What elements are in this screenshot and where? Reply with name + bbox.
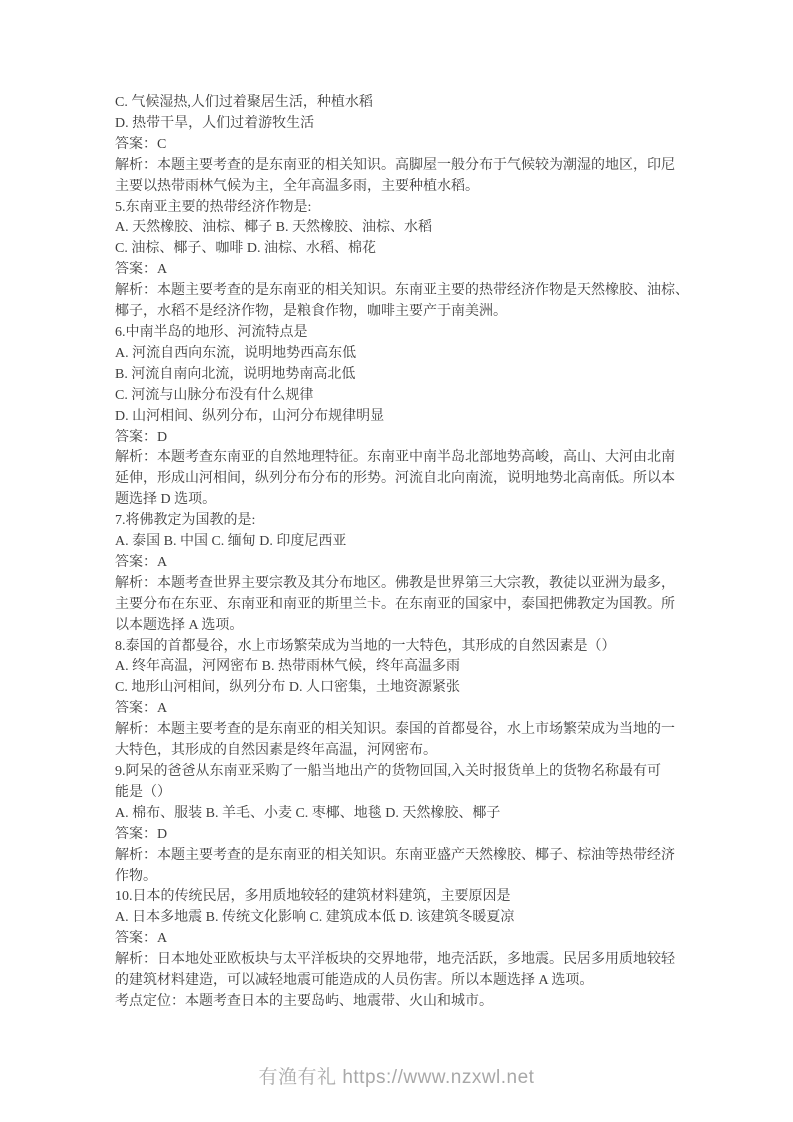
text-line: 主要以热带雨林气候为主，全年高温多雨，主要种植水稻。	[115, 177, 687, 198]
text-line: 解析：本题主要考查的是东南亚的相关知识。高脚屋一般分布于气候较为潮湿的地区，印尼	[115, 156, 687, 177]
text-line: 答案：C	[115, 135, 687, 156]
document-page: C. 气候湿热,人们过着聚居生活，种植水稻D. 热带干旱，人们过着游牧生活答案：…	[0, 0, 793, 1122]
text-line: 以本题选择 A 选项。	[115, 616, 687, 637]
text-line: A. 终年高温，河网密布 B. 热带雨林气候，终年高温多雨	[115, 657, 687, 678]
footer-site-text: 有渔有礼 https://www.nzxwl.net	[259, 1067, 535, 1088]
text-line: 8.泰国的首都曼谷，水上市场繁荣成为当地的一大特色，其形成的自然因素是（）	[115, 637, 687, 658]
text-line: A. 棉布、服装 B. 羊毛、小麦 C. 枣椰、地毯 D. 天然橡胶、椰子	[115, 804, 687, 825]
text-line: C. 油棕、椰子、咖啡 D. 油棕、水稻、棉花	[115, 239, 687, 260]
text-line: 答案：A	[115, 260, 687, 281]
text-line: 5.东南亚主要的热带经济作物是:	[115, 198, 687, 219]
text-line: 作物。	[115, 867, 687, 888]
footer-watermark: 有渔有礼 https://www.nzxwl.net	[0, 1066, 793, 1090]
text-line: B. 河流自南向北流，说明地势南高北低	[115, 365, 687, 386]
text-line: 解析：本题考查东南亚的自然地理特征。东南亚中南半岛北部地势高峻，高山、大河由北南	[115, 448, 687, 469]
text-line: A. 日本多地震 B. 传统文化影响 C. 建筑成本低 D. 该建筑冬暖夏凉	[115, 908, 687, 929]
text-line: 7.将佛教定为国教的是:	[115, 511, 687, 532]
text-line: 的建筑材料建造，可以减轻地震可能造成的人员伤害。所以本题选择 A 选项。	[115, 971, 687, 992]
text-line: 延伸，形成山河相间，纵列分布分布的形势。河流自北向南流，说明地势北高南低。所以本	[115, 469, 687, 490]
text-line: 考点定位：本题考查日本的主要岛屿、地震带、火山和城市。	[115, 992, 687, 1013]
text-line: C. 地形山河相间，纵列分布 D. 人口密集，土地资源紧张	[115, 678, 687, 699]
text-line: 椰子，水稻不是经济作物，是粮食作物，咖啡主要产于南美洲。	[115, 302, 687, 323]
text-line: C. 气候湿热,人们过着聚居生活，种植水稻	[115, 93, 687, 114]
text-line: 解析：本题主要考查的是东南亚的相关知识。东南亚盛产天然橡胶、椰子、棕油等热带经济	[115, 846, 687, 867]
text-line: 能是（）	[115, 783, 687, 804]
text-line: 答案：A	[115, 929, 687, 950]
text-line: 9.阿呆的爸爸从东南亚采购了一船当地出产的货物回国,入关时报货单上的货物名称最有…	[115, 762, 687, 783]
text-line: A. 河流自西向东流，说明地势西高东低	[115, 344, 687, 365]
text-line: 主要分布在东亚、东南亚和南亚的斯里兰卡。在东南亚的国家中，泰国把佛教定为国教。所	[115, 595, 687, 616]
text-line: 解析：本题主要考查的是东南亚的相关知识。泰国的首都曼谷，水上市场繁荣成为当地的一	[115, 720, 687, 741]
text-line: 解析：本题主要考查的是东南亚的相关知识。东南亚主要的热带经济作物是天然橡胶、油棕…	[115, 281, 687, 302]
text-line: 答案：D	[115, 428, 687, 449]
text-line: 6.中南半岛的地形、河流特点是	[115, 323, 687, 344]
text-line: 答案：A	[115, 699, 687, 720]
text-line: A. 泰国 B. 中国 C. 缅甸 D. 印度尼西亚	[115, 532, 687, 553]
document-lines: C. 气候湿热,人们过着聚居生活，种植水稻D. 热带干旱，人们过着游牧生活答案：…	[115, 93, 687, 1013]
text-line: C. 河流与山脉分布没有什么规律	[115, 386, 687, 407]
text-line: 答案：A	[115, 553, 687, 574]
text-line: 答案：D	[115, 825, 687, 846]
text-line: 题选择 D 选项。	[115, 490, 687, 511]
text-line: 10.日本的传统民居，多用质地较轻的建筑材料建筑，主要原因是	[115, 887, 687, 908]
text-line: D. 热带干旱，人们过着游牧生活	[115, 114, 687, 135]
text-line: 解析：本题考查世界主要宗教及其分布地区。佛教是世界第三大宗教，教徒以亚洲为最多，	[115, 574, 687, 595]
text-line: A. 天然橡胶、油棕、椰子 B. 天然橡胶、油棕、水稻	[115, 218, 687, 239]
text-line: 解析：日本地处亚欧板块与太平洋板块的交界地带，地壳活跃，多地震。民居多用质地较轻	[115, 950, 687, 971]
text-line: 大特色，其形成的自然因素是终年高温，河网密布。	[115, 741, 687, 762]
text-line: D. 山河相间、纵列分布，山河分布规律明显	[115, 407, 687, 428]
